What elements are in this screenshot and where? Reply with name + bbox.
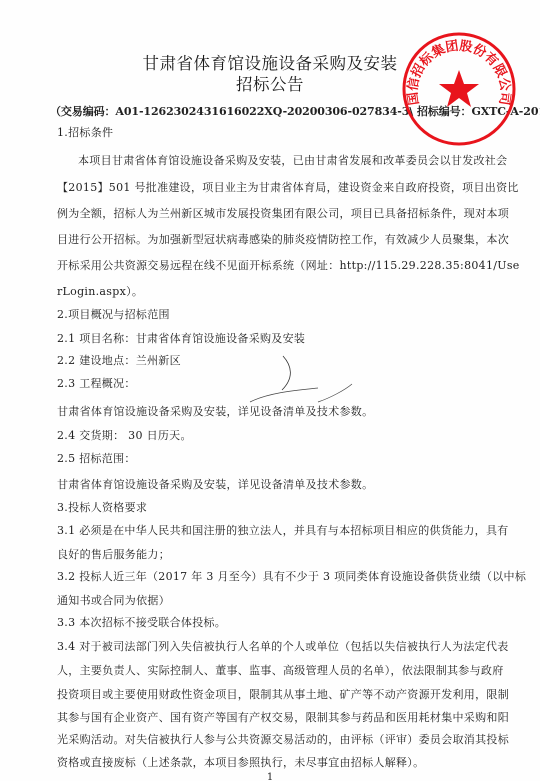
paragraph-line: 【2015】501 号批准建设，项目业主为甘肃省体育局，建设资金来自政府投资，项… bbox=[57, 179, 519, 195]
paragraph-line: rLogin.aspx）。 bbox=[57, 283, 143, 299]
requirement-line: 投资项目或主要使用财政性资金项目，限制其从事土地、矿产等不动产资源开发利用，限制 bbox=[57, 686, 509, 702]
requirement-line: 良好的售后服务能力； bbox=[57, 546, 170, 562]
scope-text: 甘肃省体育馆设施设备采购及安装，详见设备清单及技术参数。 bbox=[57, 476, 373, 492]
requirement-line: 3.2 投标人近三年（2017 年 3 月至今）具有不少于 3 项同类体育设施设… bbox=[57, 568, 526, 584]
scope-label: 2.5 招标范围： bbox=[57, 450, 136, 466]
overview-text: 甘肃省体育馆设施设备采购及安装，详见设备清单及技术参数。 bbox=[57, 403, 373, 419]
section-heading: 3.投标人资格要求 bbox=[57, 499, 147, 515]
section-heading: 1.招标条件 bbox=[57, 124, 113, 140]
requirement-line: 3.1 必须是在中华人民共和国注册的独立法人，并具有与本招标项目相应的供货能力，… bbox=[57, 522, 509, 538]
star-icon bbox=[439, 70, 479, 107]
document-page: 甘肃省体育馆设施设备采购及安装 招标公告 （交易编码：A01-126230243… bbox=[0, 0, 540, 781]
requirement-line: 其参与国有企业资产、国有资产等国有产权交易，限制其参与药品和医用耗材集中采购和阳 bbox=[57, 709, 509, 725]
requirement-line: 3.3 本次招标不接受联合体投标。 bbox=[57, 614, 226, 630]
paragraph-line: 例为全额，招标人为兰州新区城市发展投资集团有限公司，项目已具备招标条件，现对本项 bbox=[57, 205, 509, 221]
requirement-line: 人，主要负责人、实际控制人、董事、监事、高级管理人员的名单），依法限制其参与政府 bbox=[57, 662, 504, 678]
paragraph-line: 开标采用公共资源交易远程在线不见面开标系统（网址：http://115.29.2… bbox=[57, 257, 520, 273]
paragraph-line: 本项目甘肃省体育馆设施设备采购及安装，已由甘肃省发展和改革委员会以甘发改社会 bbox=[78, 152, 507, 168]
requirement-line: 资格或直接废标（上述条款，本项目参照执行，未尽事宜由招标人解释）。 bbox=[57, 754, 424, 770]
overview-label: 2.3 工程概况： bbox=[57, 375, 136, 391]
requirement-line: 光采购活动。对失信被执行人参与公共资源交易活动的，由评标（评审）委员会取消其投标 bbox=[57, 731, 509, 747]
page-number: 1 bbox=[0, 772, 540, 781]
location-line: 2.2 建设地点：兰州新区 bbox=[57, 352, 181, 368]
project-name-line: 2.1 项目名称：甘肃省体育馆设施设备采购及安装 bbox=[57, 330, 305, 346]
requirement-line: 3.4 对于被司法部门列入失信被执行人名单的个人或单位（包括以失信被执行人为法定… bbox=[57, 638, 509, 654]
requirement-line: 通知书或合同为依据） bbox=[57, 592, 170, 608]
section-heading: 2.项目概况与招标范围 bbox=[57, 306, 170, 322]
company-seal: 国信招标集团股份有限公司 bbox=[400, 30, 518, 148]
paragraph-line: 目进行公开招标。为加强新型冠状病毒感染的肺炎疫情防控工作，有效减少人员聚集，本次 bbox=[57, 231, 509, 247]
delivery-line: 2.4 交货期： 30 日历天。 bbox=[57, 427, 192, 443]
